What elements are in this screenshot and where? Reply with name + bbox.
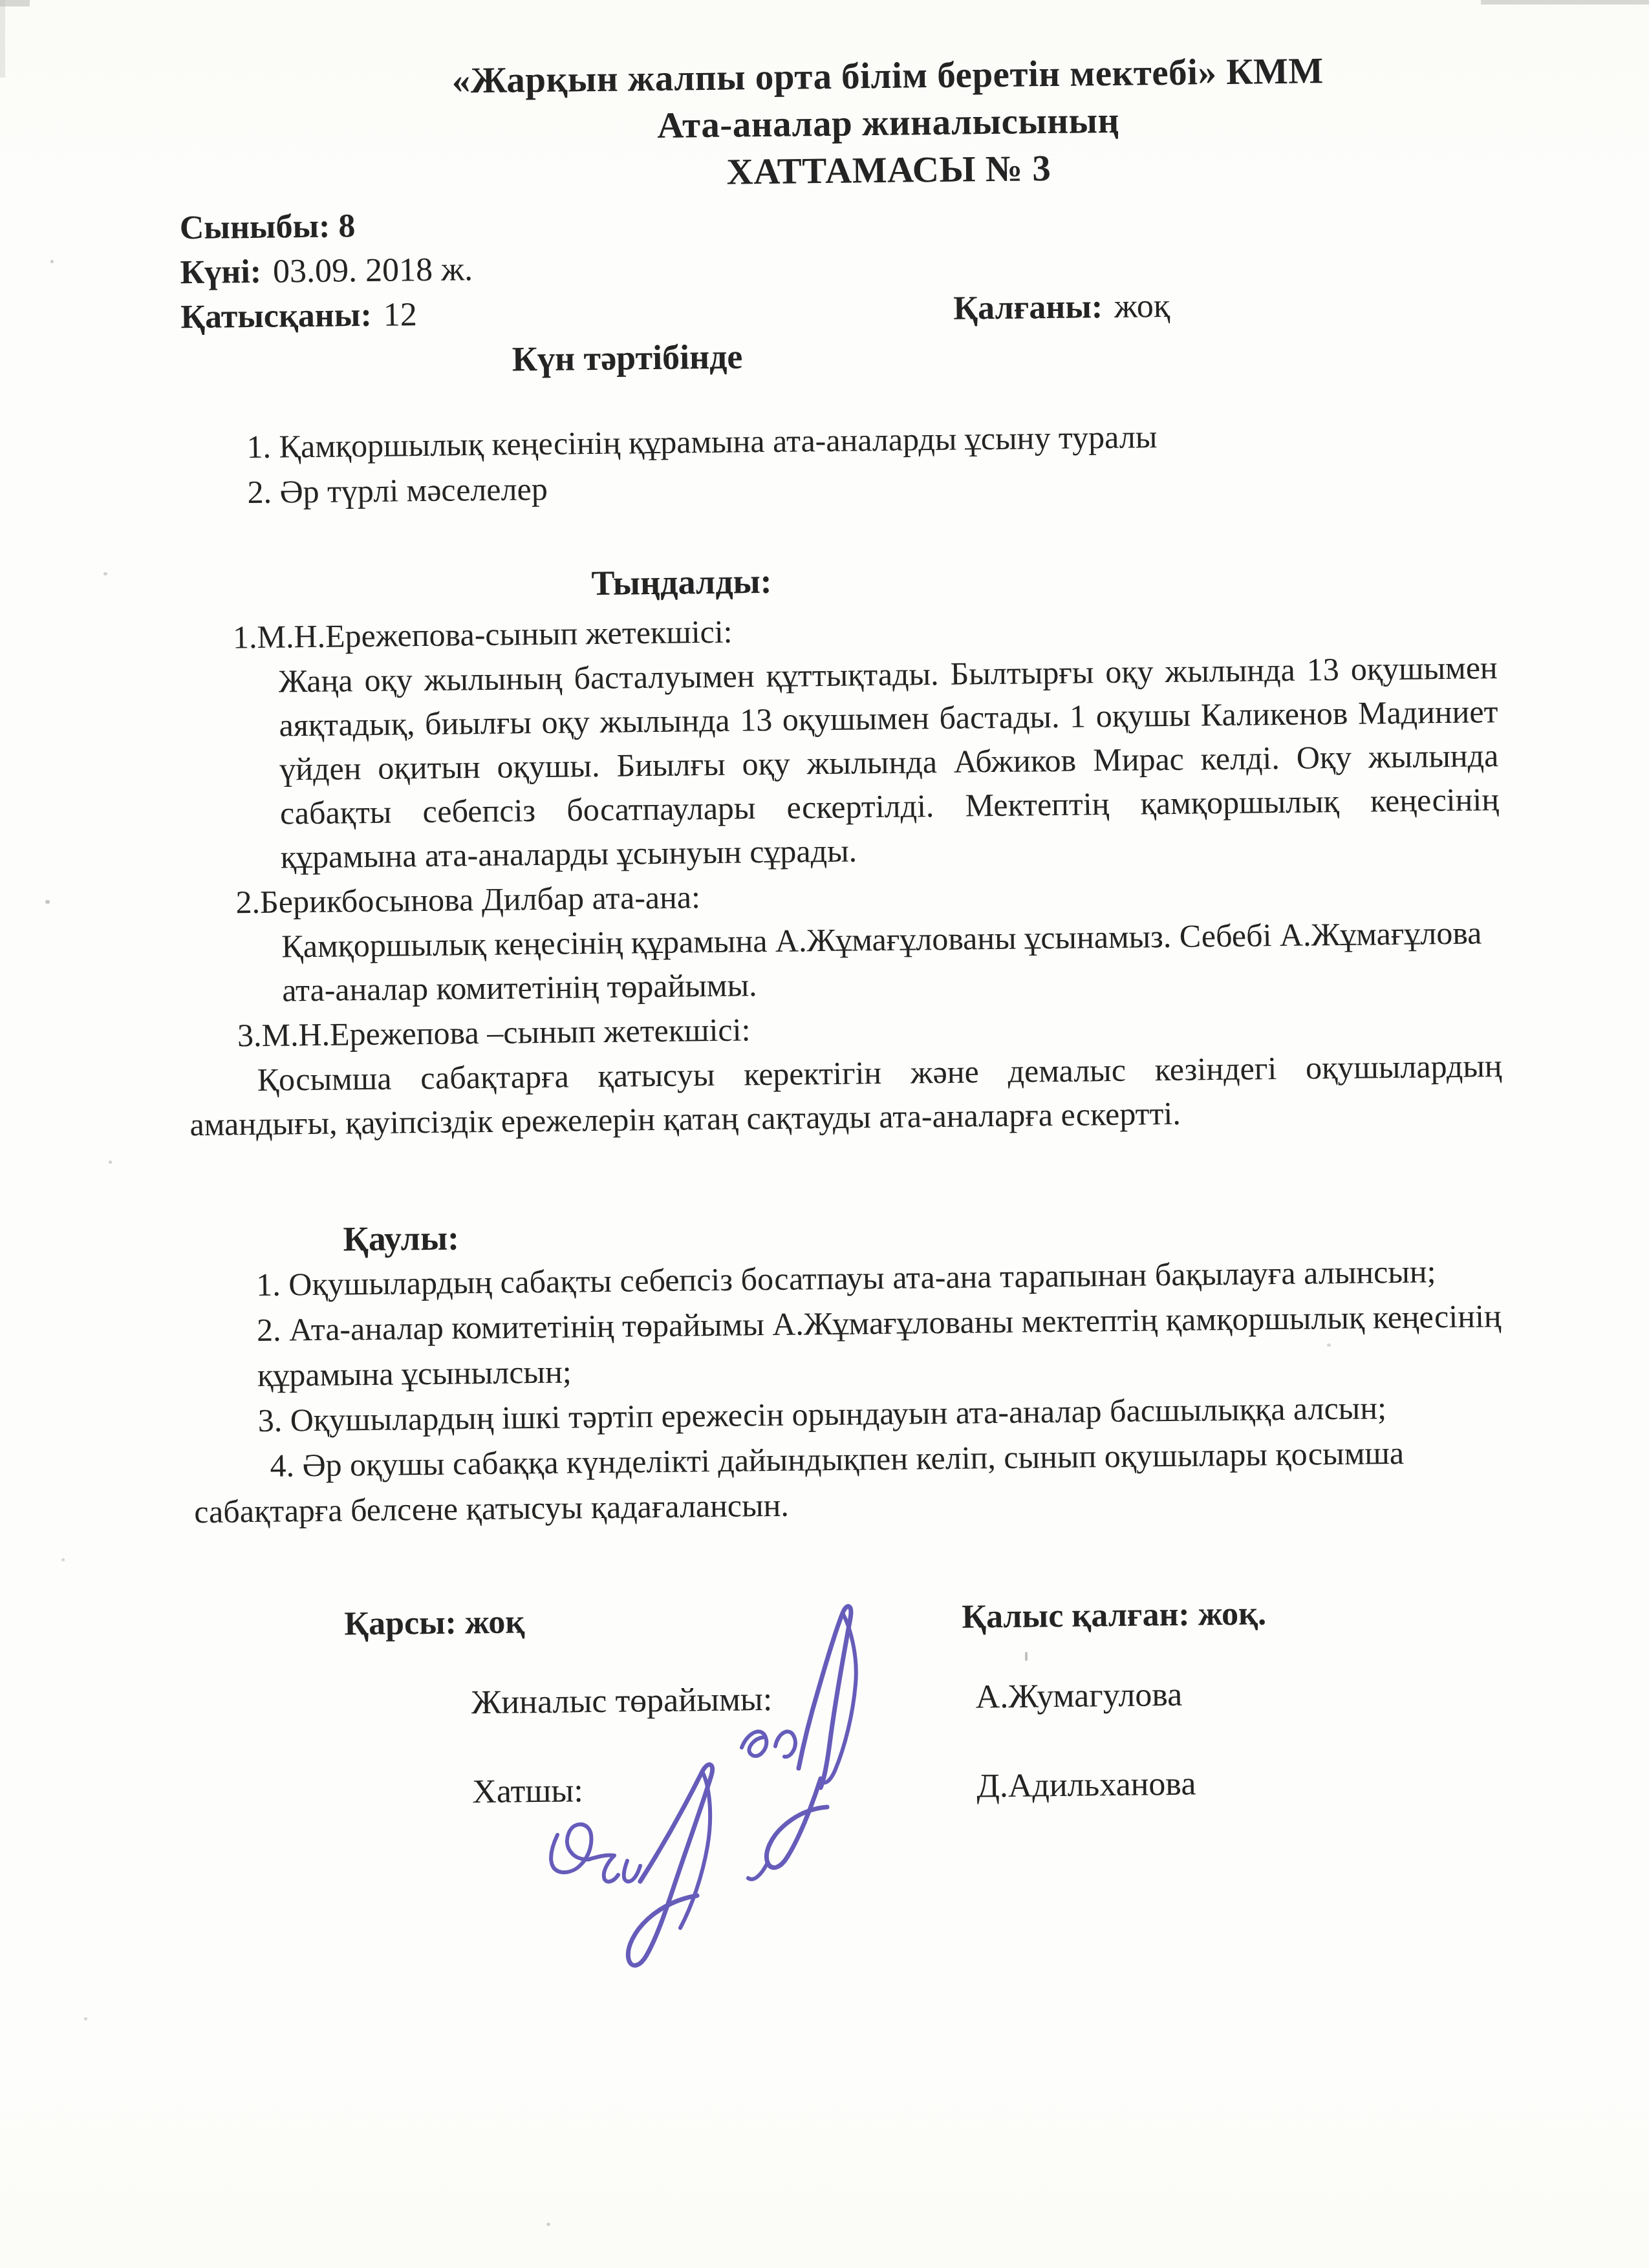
chairwoman-name: А.Жумагулова	[975, 1673, 1182, 1720]
date-value: 03.09. 2018 ж.	[273, 251, 473, 290]
decision-item: 2. Ата-аналар комитетінің төрайымы А.Жұм…	[257, 1293, 1505, 1398]
absent-value: жоқ	[1114, 288, 1170, 325]
secretary-name: Д.Адильханова	[976, 1762, 1196, 1809]
protocol-document: «Жарқын жалпы орта білім беретін мектебі…	[0, 0, 1649, 1819]
scan-speck	[50, 260, 54, 263]
chairwoman-role-label: Жиналыс төрайымы:	[471, 1678, 772, 1725]
scan-speck	[103, 572, 107, 575]
scan-edge-smudge	[1481, 0, 1649, 5]
scan-speck	[45, 900, 50, 904]
heard-heading: Тыңдалды:	[358, 557, 1006, 608]
secretary-role-label: Хатшы:	[472, 1769, 583, 1814]
speech-text: Қосымша сабақтарға қатысуы керектігін жә…	[189, 1043, 1502, 1146]
meta-block: Сыныбы: 8 Күні:03.09. 2018 ж. Қатысқаны:…	[179, 189, 1600, 339]
document-title-block: «Жарқын жалпы орта білім беретін мектебі…	[178, 44, 1599, 202]
heard-section: 1.М.Н.Ережепова-сынып жетекшісі: Жаңа оқ…	[184, 599, 1610, 1146]
absent-line: Қалғаны:жоқ	[953, 284, 1170, 331]
scan-speck	[84, 2017, 87, 2020]
votes-row: Қарсы: жоқ Қалыс қалған: жоқ.	[195, 1588, 1615, 1648]
speech-text: Қамқоршылық кеңесінің құрамына А.Жұмағұл…	[281, 910, 1501, 1012]
speech-text: Жаңа оқу жылының басталуымен құттықтады.…	[278, 645, 1500, 879]
scanned-protocol-page: «Жарқын жалпы орта білім беретін мектебі…	[0, 0, 1649, 2268]
scan-speck	[546, 2223, 550, 2226]
signature-row-secretary: Хатшы: Д.Адильханова	[197, 1757, 1617, 1817]
date-label: Күні:	[180, 253, 261, 291]
decision-item: 4. Әр оқушы сабаққа күнделікті дайындықп…	[193, 1429, 1507, 1534]
scan-speck	[109, 1161, 112, 1164]
votes-abstained: Қалыс қалған: жоқ.	[962, 1592, 1267, 1639]
votes-against: Қарсы: жоқ	[344, 1600, 525, 1646]
signature-row-chairwoman: Жиналыс төрайымы: А.Жумагулова	[196, 1668, 1616, 1728]
scan-speck	[1327, 1343, 1331, 1347]
scan-edge-smudge	[0, 0, 5, 78]
scan-speck	[1025, 1652, 1028, 1661]
absent-label: Қалғаны:	[953, 288, 1103, 327]
agenda-list: 1. Қамқоршылық кеңесінің құрамына ата-ан…	[246, 409, 1602, 515]
agenda-heading: Күн тәртібінде	[304, 332, 951, 383]
decision-list: 1. Оқушылардың сабақты себепсіз босатпау…	[256, 1248, 1507, 1534]
attended-label: Қатысқаны:	[180, 297, 372, 336]
scan-speck	[61, 1558, 65, 1561]
attended-value: 12	[383, 296, 417, 334]
